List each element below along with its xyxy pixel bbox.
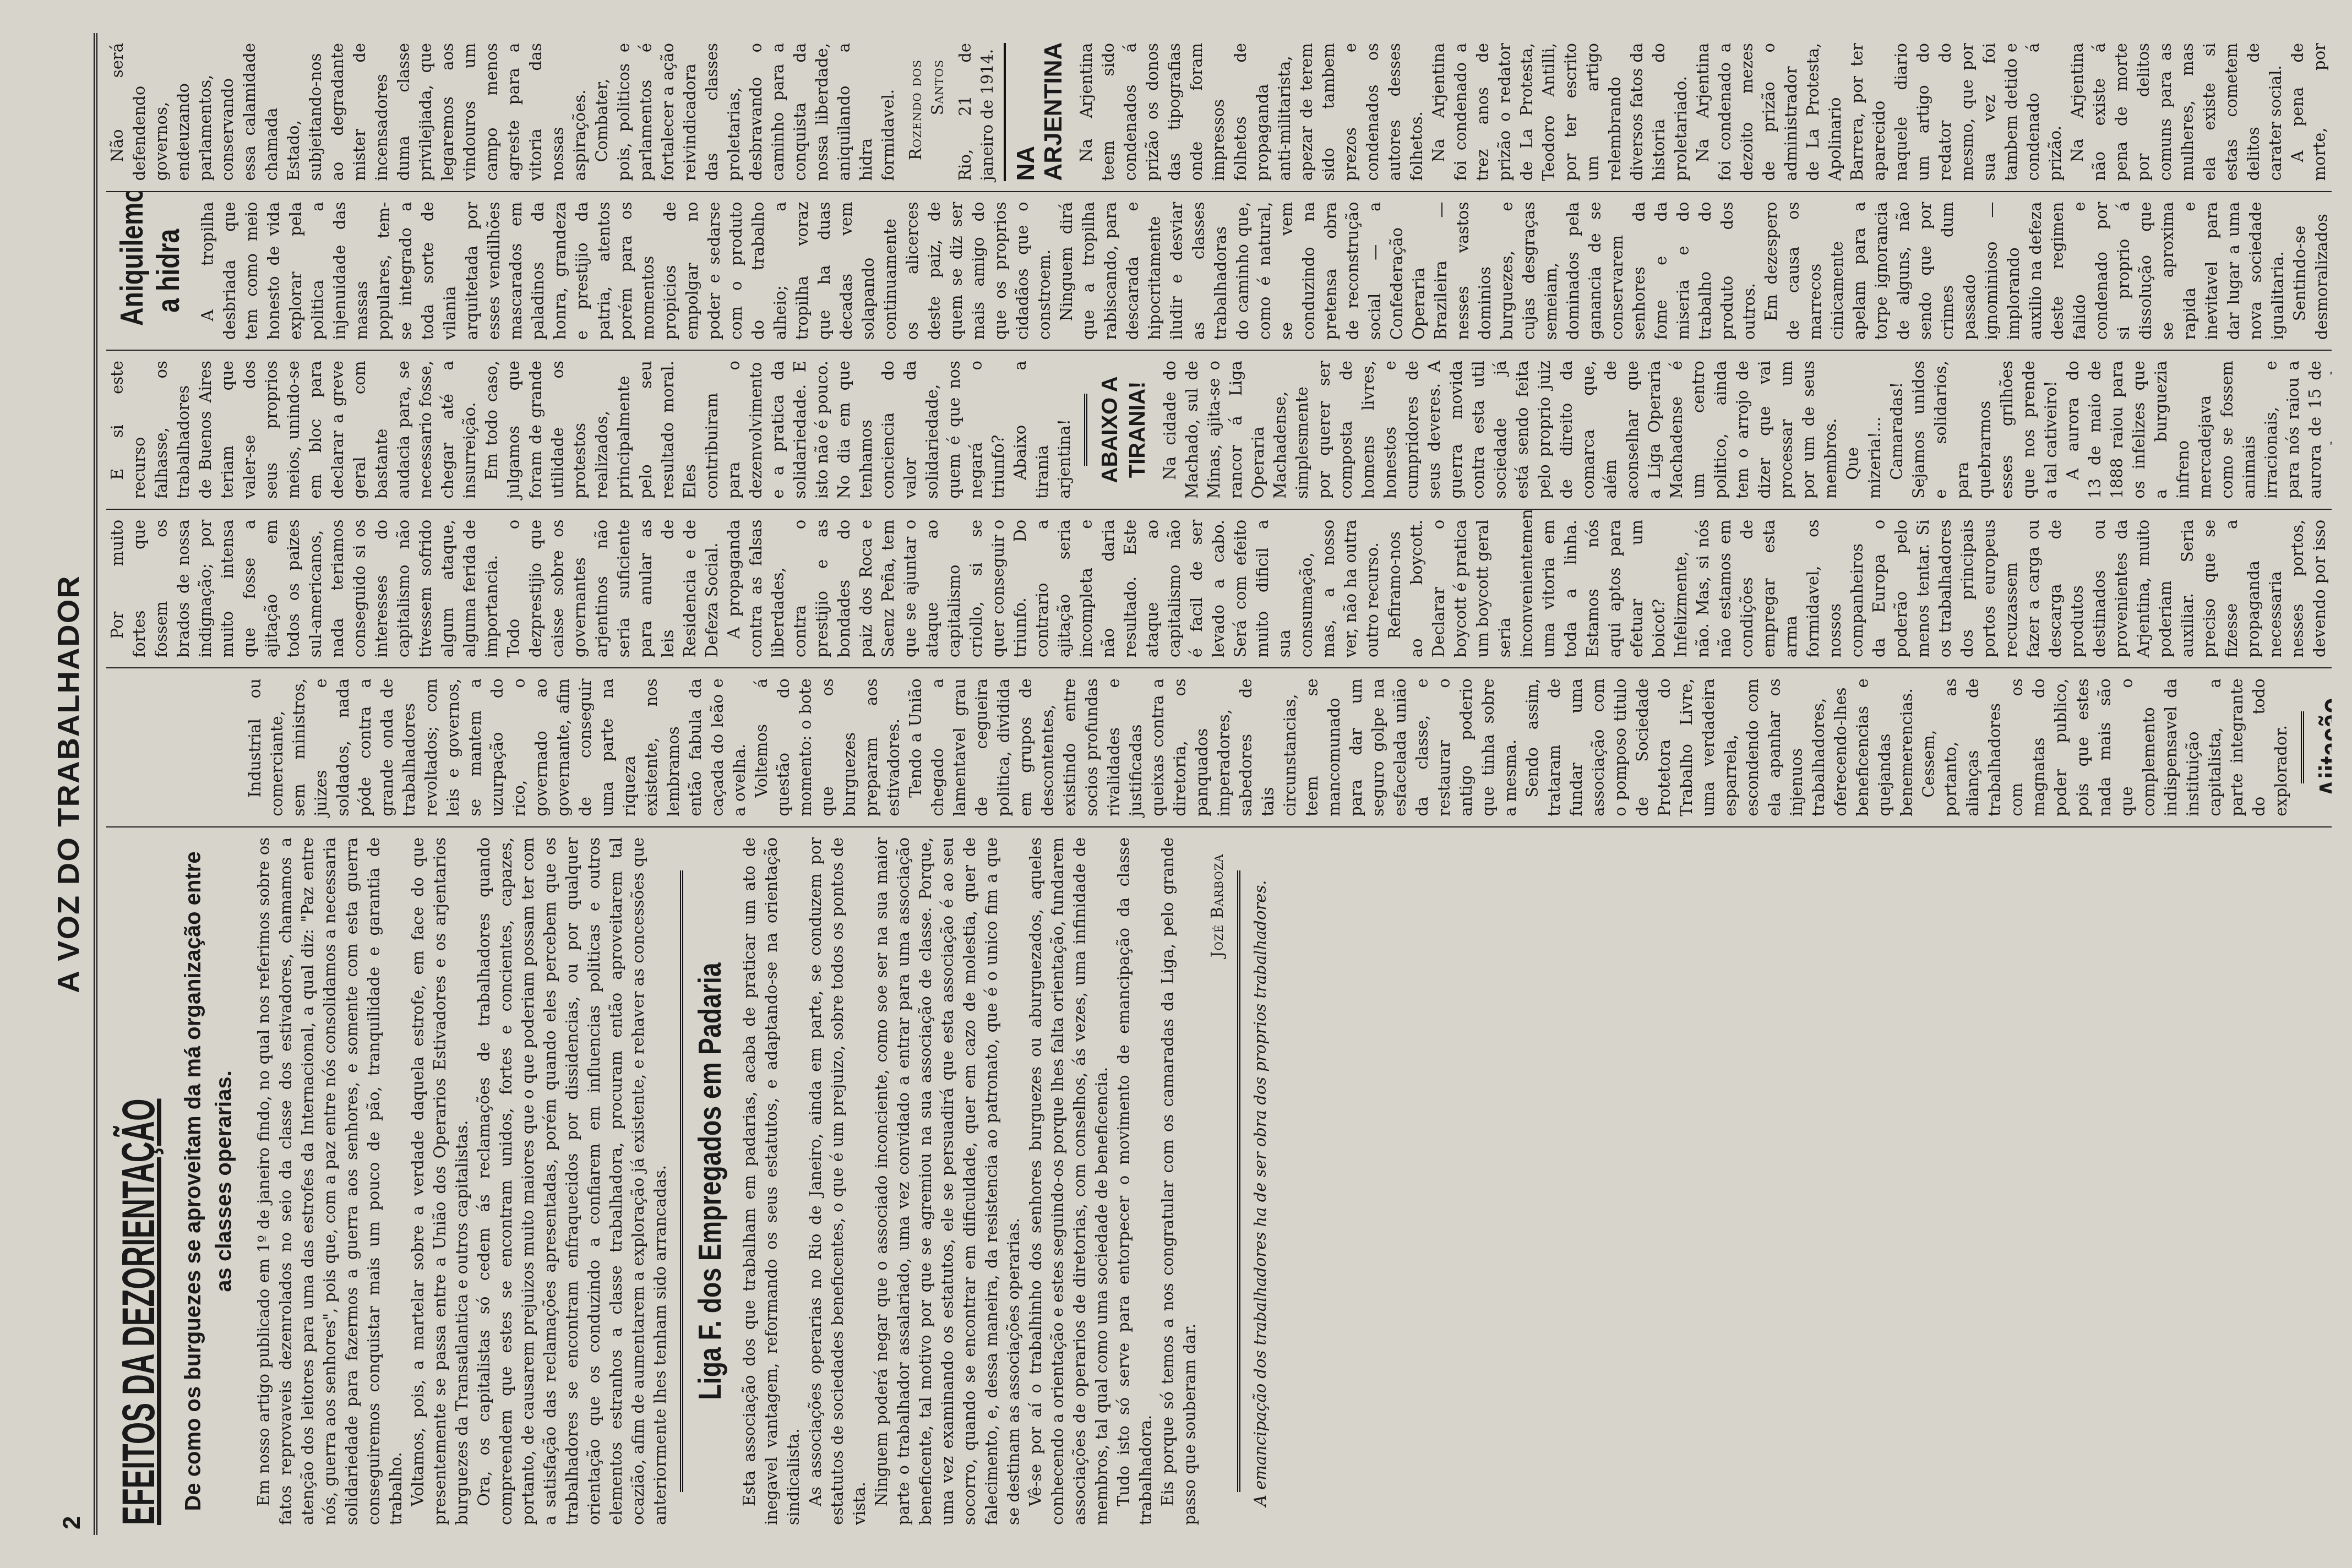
paragraph: Voltamos, pois, a martelar sobre a verda…: [407, 837, 473, 1525]
paragraph: Na Arjentina teem sido condenados á priz…: [1075, 43, 1428, 181]
paragraph: Não será defendendo governos, endeuzando…: [106, 43, 591, 181]
paragraph: A pena de morte, por delitos comuns só é…: [2286, 43, 2332, 181]
divider: [1237, 870, 1240, 1492]
column-3: Por muito fortes que fossem os brados de…: [106, 510, 2332, 669]
paragraph: E si este recurso falhasse, os trabalhad…: [106, 361, 481, 499]
divider: [2301, 711, 2304, 783]
newspaper-title: A VOZ DO TRABALHADOR: [50, 575, 94, 993]
divider: [680, 870, 683, 1492]
column-2: Industrial ou comerciante, sem ministros…: [106, 668, 2332, 827]
paragraph: A tropilha desbriada que tem como meio h…: [197, 202, 1055, 340]
paragraph: Tudo isto só serve para entorpecer o mov…: [1113, 837, 1157, 1525]
headline-hidra: Aniquilemos a hidra: [114, 216, 187, 326]
paragraph: As associações operarias no Rio de Janei…: [804, 837, 870, 1525]
headline-efeitos: EFEITOS DA DEZORIENTAÇÃO: [112, 1099, 165, 1525]
paragraph: Que mizeria!...: [1842, 361, 1886, 499]
paragraph: Na cidade do Machado, sul de Minas, ajit…: [1159, 361, 1842, 499]
paragraph: Ninguem dirá que a tropilha rabiscando, …: [1055, 202, 1760, 340]
paragraph: Por muito fortes que fossem os brados de…: [106, 520, 723, 658]
paragraph: Ninguem poderá negar que o associado inc…: [870, 837, 1025, 1525]
masthead: 2 A VOZ DO TRABALHADOR: [33, 33, 97, 1535]
headline-liga: Liga F. dos Empregados em Padaria: [692, 906, 728, 1456]
paragraph: Refiramo-nos ao boycott. Declarar o boyc…: [1384, 520, 2332, 658]
paragraph: Industrial ou comerciante, sem ministros…: [244, 678, 750, 816]
headline-abaixo: ABAIXO A TIRANIA!: [1096, 361, 1151, 499]
divider: [1084, 394, 1087, 466]
signature: Jozé Barboza: [1206, 854, 1228, 1525]
newspaper-page: 2 A VOZ DO TRABALHADOR EFEITOS DA DEZORI…: [0, 0, 2352, 1568]
paragraph: Na Arjentina foi condenado a dezoito mez…: [1692, 43, 2066, 181]
paragraph: Sentindo-se desmoralizados nas suas velh…: [2289, 202, 2332, 340]
paragraph: A propaganda contra as falsas liberdades…: [723, 520, 1384, 658]
column-5: Aniquilemos a hidra A tropilha desbriada…: [106, 192, 2332, 351]
paragraph: Cessem, portanto, as alianças de trabalh…: [1918, 678, 2292, 816]
signature: Rozendo dos Santos: [905, 59, 949, 181]
headline-na-arjentina: NA ARJENTINA: [1012, 43, 1068, 181]
subheadline-efeitos: De como os burguezes se aproveitam da má…: [178, 837, 239, 1525]
paragraph: Em nosso artigo publicado em 1º de janei…: [253, 837, 407, 1525]
paragraph: Na Arjentina não existe á pena de morte …: [2066, 43, 2286, 181]
paragraph: Eis porque só temos a nos congratular co…: [1157, 837, 1201, 1525]
paragraph: Em dezespero de causa os marrecos cinica…: [1760, 202, 2289, 340]
paragraph: Esta associação dos que trabalham em pad…: [738, 837, 804, 1525]
page-number: 2: [58, 1516, 86, 1529]
headline-ajitacao: Ajitação Internacional: [2313, 692, 2332, 802]
paragraph: Combater, pois, politicos e parlamentos …: [591, 43, 899, 181]
paragraph: Abaixo a tirania arjentina!: [1009, 361, 1075, 499]
paragraph: Em todo caso, julgamos que foram de gran…: [481, 361, 1009, 499]
paragraph: Voltemos á questão do momento: o bote qu…: [750, 678, 905, 816]
divider: [1004, 43, 1006, 181]
paragraph: Sendo assim, trataram de fundar uma asso…: [1521, 678, 1918, 816]
column-6: Não será defendendo governos, endeuzando…: [106, 33, 2332, 192]
dateline: Rio, 21 de janeiro de 1914.: [954, 43, 998, 181]
column-4: E si este recurso falhasse, os trabalhad…: [106, 351, 2332, 510]
paragraph: Tendo a União chegado a lamentavel grau …: [905, 678, 1521, 816]
headline-spacer: [106, 678, 244, 816]
paragraph: Vê-se por aí o trabalhinho dos senhores …: [1025, 837, 1113, 1525]
paragraph: A aurora do 13 de maio de 1888 raiou par…: [2062, 361, 2332, 499]
paragraph: Na Arjentina foi condenado a trez anos d…: [1428, 43, 1692, 181]
paragraph: Camaradas! Sejamos unidos e solidarios, …: [1886, 361, 2062, 499]
motto: A emancipação dos trabalhadores ha de se…: [1249, 837, 1271, 1525]
paragraph: Ora, os capitalistas só cedem ás reclama…: [473, 837, 671, 1525]
column-1: EFEITOS DA DEZORIENTAÇÃO De como os burg…: [106, 827, 2332, 1535]
columns: EFEITOS DA DEZORIENTAÇÃO De como os burg…: [106, 33, 2332, 1535]
